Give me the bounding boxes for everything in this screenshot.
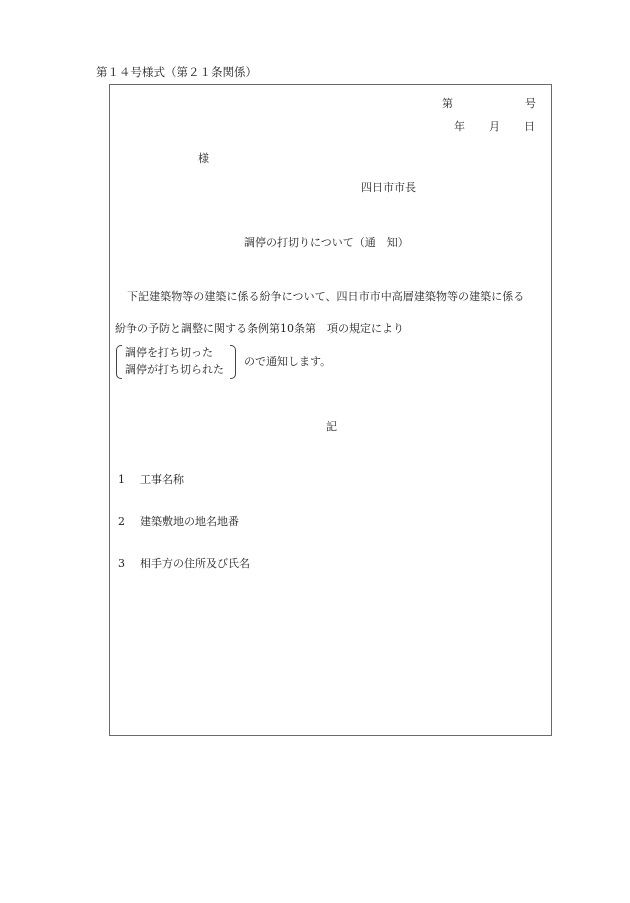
sender-name: 四日市市長 <box>361 182 416 193</box>
option-terminated: 調停を打ち切った <box>125 347 213 358</box>
date-day-label: 日 <box>524 121 535 132</box>
body-line-1: 下記建築物等の建築に係る紛争について、四日市市中高層建築物等の建築に係る <box>127 291 524 302</box>
form-frame <box>109 84 552 736</box>
list-item: 1工事名称 <box>118 474 184 485</box>
body-line-2: 紛争の予防と調整に関する条例第10条第 項の規定により <box>115 323 404 334</box>
list-item: 3相手方の住所及び氏名 <box>118 558 250 569</box>
ki-heading: 記 <box>326 421 337 432</box>
date-month-label: 月 <box>489 121 500 132</box>
document-number-suffix: 号 <box>525 98 536 109</box>
body-tail: ので通知します。 <box>244 356 331 367</box>
option-brace-group: 調停を打ち切った 調停が打ち切られた <box>116 345 241 379</box>
left-brace-icon <box>116 345 122 379</box>
option-was-terminated: 調停が打ち切られた <box>125 364 224 375</box>
document-title: 調停の打切りについて（通 知） <box>244 237 409 248</box>
item-number: 1 <box>118 474 140 485</box>
form-title: 第１４号様式（第２１条関係） <box>96 67 257 79</box>
addressee-suffix: 様 <box>198 153 209 164</box>
item-number: 3 <box>118 558 140 569</box>
item-label: 相手方の住所及び氏名 <box>140 557 250 570</box>
right-brace-icon <box>230 345 236 379</box>
list-item: 2建築敷地の地名地番 <box>118 516 239 527</box>
item-label: 建築敷地の地名地番 <box>140 515 239 528</box>
document-number-prefix: 第 <box>442 98 453 109</box>
date-year-label: 年 <box>454 121 465 132</box>
item-number: 2 <box>118 516 140 527</box>
item-label: 工事名称 <box>140 473 184 486</box>
